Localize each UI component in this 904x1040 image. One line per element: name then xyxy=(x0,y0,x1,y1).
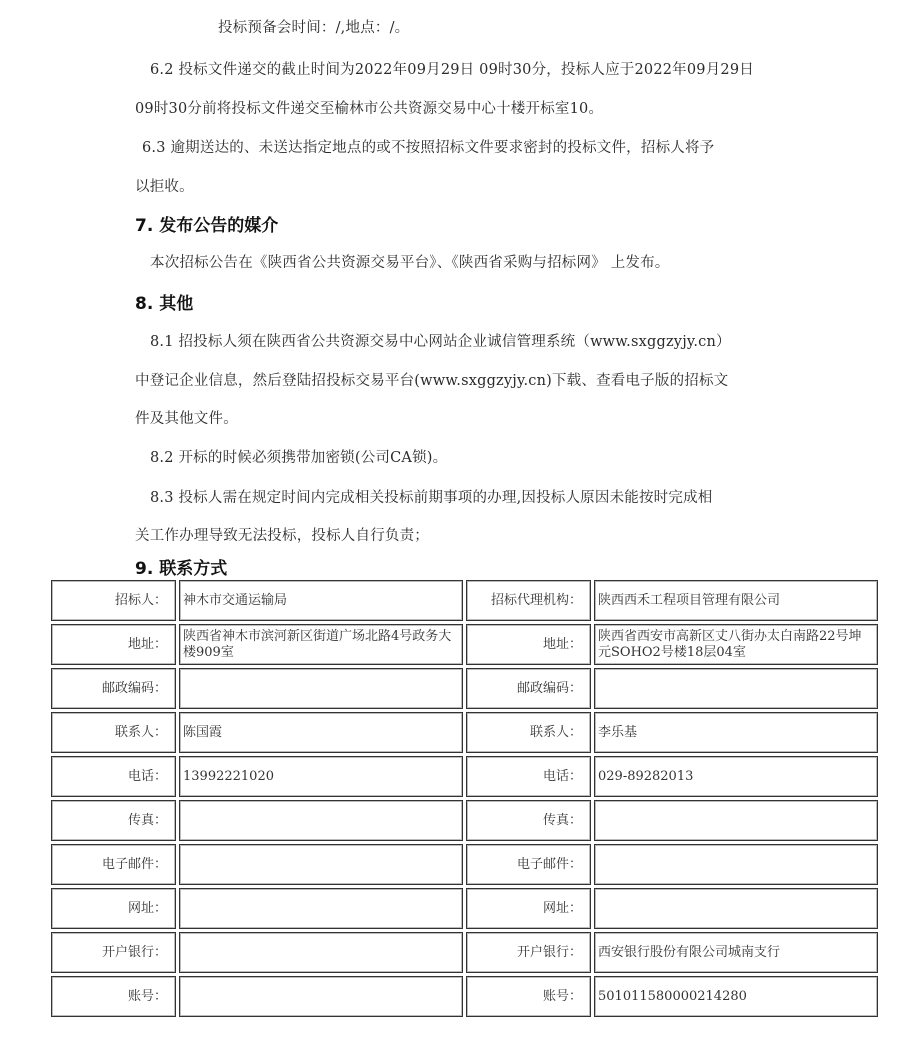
clause-7-body: 本次招标公告在《陕西省公共资源交易平台》、《陕西省采购与招标网》 上发布。 xyxy=(150,251,670,272)
section-7-heading: 7. 发布公告的媒介 xyxy=(135,211,278,236)
tenderer-postcode-label: 邮政编码： xyxy=(51,668,176,709)
agency-contact-label: 联系人： xyxy=(466,712,591,753)
tenderer-label: 招标人： xyxy=(51,580,176,621)
clause-8-1-line3: 件及其他文件。 xyxy=(135,407,238,428)
clause-6-2-line2: 09时30分前将投标文件递交至榆林市公共资源交易中心十楼开标室10。 xyxy=(135,97,603,118)
tenderer-account-label: 账号： xyxy=(51,976,176,1017)
table-row: 传真： 传真： xyxy=(51,800,878,841)
agency-contact-value: 李乐基 xyxy=(594,712,878,753)
table-row: 联系人： 陈国霞 联系人： 李乐基 xyxy=(51,712,878,753)
table-row: 电子邮件： 电子邮件： xyxy=(51,844,878,885)
contact-table: 招标人： 神木市交通运输局 招标代理机构： 陕西西禾工程项目管理有限公司 地址：… xyxy=(48,577,881,1020)
pre-bid-meeting-text: 投标预备会时间：/,地点：/。 xyxy=(218,16,409,37)
tenderer-account-value xyxy=(179,976,463,1017)
table-row: 网址： 网址： xyxy=(51,888,878,929)
clause-8-1-line1: 8.1 招投标人须在陕西省公共资源交易中心网站企业诚信管理系统（www.sxgg… xyxy=(150,330,731,351)
clause-8-3-line1: 8.3 投标人需在规定时间内完成相关投标前期事项的办理,因投标人原因未能按时完成… xyxy=(150,486,712,507)
tenderer-fax-label: 传真： xyxy=(51,800,176,841)
tenderer-email-value xyxy=(179,844,463,885)
agency-email-value xyxy=(594,844,878,885)
clause-6-3-line1: 6.3 逾期送达的、未送达指定地点的或不按照招标文件要求密封的投标文件，招标人将… xyxy=(142,136,714,157)
table-row: 邮政编码： 邮政编码： xyxy=(51,668,878,709)
agency-bank-value: 西安银行股份有限公司城南支行 xyxy=(594,932,878,973)
agency-fax-label: 传真： xyxy=(466,800,591,841)
tenderer-contact-value: 陈国霞 xyxy=(179,712,463,753)
table-row: 招标人： 神木市交通运输局 招标代理机构： 陕西西禾工程项目管理有限公司 xyxy=(51,580,878,621)
agency-fax-value xyxy=(594,800,878,841)
agency-website-value xyxy=(594,888,878,929)
clause-8-1-line2: 中登记企业信息，然后登陆招投标交易平台(www.sxggzyjy.cn)下载、查… xyxy=(135,369,728,390)
agency-bank-label: 开户银行： xyxy=(466,932,591,973)
section-9-heading: 9. 联系方式 xyxy=(135,554,227,579)
tenderer-address-value: 陕西省神木市滨河新区街道广场北路4号政务大楼909室 xyxy=(179,624,463,665)
tenderer-website-label: 网址： xyxy=(51,888,176,929)
tenderer-value: 神木市交通运输局 xyxy=(179,580,463,621)
agency-phone-label: 电话： xyxy=(466,756,591,797)
agency-email-label: 电子邮件： xyxy=(466,844,591,885)
tenderer-contact-label: 联系人： xyxy=(51,712,176,753)
agency-account-label: 账号： xyxy=(466,976,591,1017)
tenderer-phone-label: 电话： xyxy=(51,756,176,797)
tenderer-postcode-value xyxy=(179,668,463,709)
tenderer-email-label: 电子邮件： xyxy=(51,844,176,885)
agency-value: 陕西西禾工程项目管理有限公司 xyxy=(594,580,878,621)
table-row: 账号： 账号： 501011580000214280 xyxy=(51,976,878,1017)
table-row: 电话： 13992221020 电话： 029-89282013 xyxy=(51,756,878,797)
tenderer-bank-label: 开户银行： xyxy=(51,932,176,973)
agency-account-value: 501011580000214280 xyxy=(594,976,878,1017)
tenderer-bank-value xyxy=(179,932,463,973)
tenderer-website-value xyxy=(179,888,463,929)
tenderer-phone-value: 13992221020 xyxy=(179,756,463,797)
agency-label: 招标代理机构： xyxy=(466,580,591,621)
clause-8-2: 8.2 开标的时候必须携带加密锁(公司CA锁)。 xyxy=(150,446,447,467)
agency-postcode-label: 邮政编码： xyxy=(466,668,591,709)
agency-postcode-value xyxy=(594,668,878,709)
agency-address-label: 地址： xyxy=(466,624,591,665)
agency-phone-value: 029-89282013 xyxy=(594,756,878,797)
agency-address-value: 陕西省西安市高新区丈八街办太白南路22号坤元SOHO2号楼18层04室 xyxy=(594,624,878,665)
agency-website-label: 网址： xyxy=(466,888,591,929)
table-row: 地址： 陕西省神木市滨河新区街道广场北路4号政务大楼909室 地址： 陕西省西安… xyxy=(51,624,878,665)
clause-6-3-line2: 以拒收。 xyxy=(135,175,194,196)
section-8-heading: 8. 其他 xyxy=(135,289,193,314)
table-row: 开户银行： 开户银行： 西安银行股份有限公司城南支行 xyxy=(51,932,878,973)
tenderer-address-label: 地址： xyxy=(51,624,176,665)
clause-8-3-line2: 关工作办理导致无法投标，投标人自行负责； xyxy=(135,524,429,545)
tenderer-fax-value xyxy=(179,800,463,841)
clause-6-2-line1: 6.2 投标文件递交的截止时间为2022年09月29日 09时30分，投标人应于… xyxy=(150,58,754,79)
